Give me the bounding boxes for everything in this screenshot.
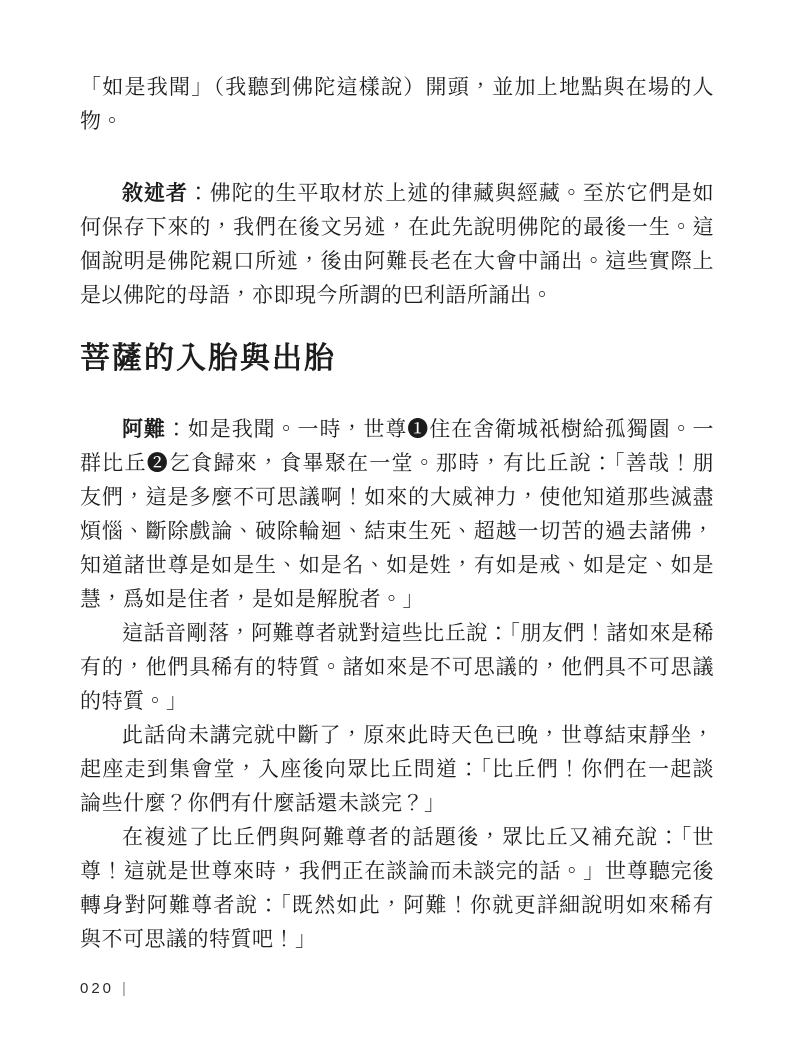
body-paragraph-2: 此話尙未講完就中斷了，原來此時天色已晚，世尊結束靜坐，起座走到集會堂，入座後向眾…	[80, 718, 714, 820]
book-page: 「如是我聞」（我聽到佛陀這樣說）開頭，並加上地點與在場的人物。 敘述者：佛陀的生…	[0, 0, 792, 1056]
ananda-text: 如是我聞。一時，世尊❶住在舍衛城祇樹給孤獨園。一群比丘❷乞食歸來，食畢聚在一堂。…	[80, 417, 714, 611]
ananda-paragraph: 阿難：如是我聞。一時，世尊❶住在舍衛城祇樹給孤獨園。一群比丘❷乞食歸來，食畢聚在…	[80, 412, 714, 616]
body-paragraph-1: 這話音剛落，阿難尊者就對這些比丘說：「朋友們！諸如來是稀有的，他們具稀有的特質。…	[80, 616, 714, 718]
ananda-label: 阿難	[122, 417, 166, 441]
intro-paragraph: 「如是我聞」（我聽到佛陀這樣說）開頭，並加上地點與在場的人物。	[80, 70, 714, 138]
page-number: 020	[80, 980, 114, 997]
footer-divider: |	[122, 980, 129, 997]
body-paragraph-3: 在複述了比丘們與阿難尊者的話題後，眾比丘又補充說：「世尊！這就是世尊來時，我們正…	[80, 820, 714, 956]
narrator-paragraph: 敘述者：佛陀的生平取材於上述的律藏與經藏。至於它們是如何保存下來的，我們在後文另…	[80, 176, 714, 312]
ananda-separator: ：	[166, 417, 188, 441]
section-heading: 菩薩的入胎與出胎	[80, 338, 714, 380]
page-content: 「如是我聞」（我聽到佛陀這樣說）開頭，並加上地點與在場的人物。 敘述者：佛陀的生…	[80, 70, 714, 956]
narrator-label: 敘述者	[122, 181, 188, 205]
narrator-separator: ：	[188, 181, 210, 205]
page-footer: 020|	[80, 980, 129, 997]
